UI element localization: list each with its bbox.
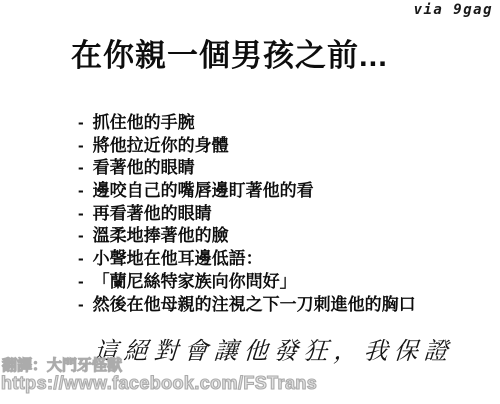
list-item-dash: -: [78, 272, 84, 292]
list-item-text: 小聲地在他耳邊低語：: [93, 244, 263, 269]
list-item-dash: -: [78, 249, 84, 269]
list-item: - 小聲地在他耳邊低語：: [78, 244, 416, 267]
list-item: - 邊咬自己的嘴唇邊盯著他的看: [78, 176, 416, 199]
list-item-dash: -: [78, 226, 84, 246]
translator-credit: 翻譯：大門牙怪獸: [2, 354, 122, 375]
list-item-text: 將他拉近你的身體: [93, 131, 229, 156]
list-item-dash: -: [78, 204, 84, 224]
list-item-text: 邊咬自己的嘴唇邊盯著他的看: [93, 176, 314, 201]
list-item-text: 抓住他的手腕: [93, 108, 195, 133]
via-attribution: via 9gag: [414, 2, 493, 18]
list-item-dash: -: [78, 113, 84, 133]
list-item-dash: -: [78, 136, 84, 156]
list-item-dash: -: [78, 181, 84, 201]
list-item: - 「蘭尼絲特家族向你問好」: [78, 267, 416, 290]
handwritten-punchline: 這絕對會讓他發狂，我保證: [93, 331, 455, 366]
list-item-text: 溫柔地捧著他的臉: [93, 221, 229, 246]
list-item: - 溫柔地捧著他的臉: [78, 221, 416, 244]
list-item-dash: -: [78, 158, 84, 178]
page-title: 在你親一個男孩之前...: [71, 30, 388, 75]
list-item-text: 然後在他母親的注視之下一刀刺進他的胸口: [93, 290, 416, 315]
list-item: - 抓住他的手腕: [78, 108, 416, 131]
list-item: - 再看著他的眼睛: [78, 199, 416, 222]
list-item-dash: -: [78, 295, 84, 315]
facebook-url: https://www.facebook.com/FSTrans: [1, 373, 317, 394]
list-item-text: 看著他的眼睛: [93, 153, 195, 178]
meme-image: via 9gag 在你親一個男孩之前... - 抓住他的手腕 - 將他拉近你的身…: [0, 0, 500, 404]
list-item: - 然後在他母親的注視之下一刀刺進他的胸口: [78, 290, 416, 313]
list-item: - 看著他的眼睛: [78, 153, 416, 176]
list-item: - 將他拉近你的身體: [78, 131, 416, 154]
instruction-list: - 抓住他的手腕 - 將他拉近你的身體 - 看著他的眼睛 - 邊咬自己的嘴唇邊盯…: [78, 108, 416, 312]
list-item-text: 再看著他的眼睛: [93, 199, 212, 224]
list-item-text: 「蘭尼絲特家族向你問好」: [93, 267, 297, 292]
